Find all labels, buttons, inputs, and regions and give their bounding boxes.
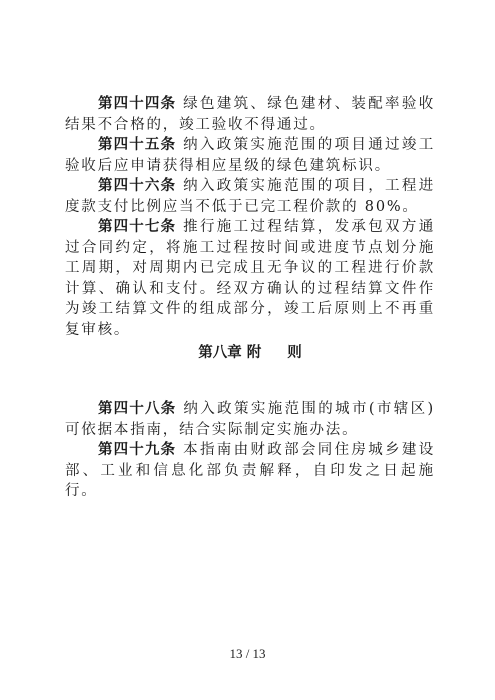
article-47: 第四十七条 推行施工过程结算，发承包双方通过合同约定，将施工过程按时间或进度节点… [65, 217, 435, 340]
document-body: 第四十四条 绿色建筑、绿色建材、装配率验收结果不合格的，竣工验收不得通过。 第四… [65, 94, 435, 502]
page-number: 13 / 13 [0, 646, 495, 662]
article-label: 第四十四条 [98, 96, 176, 112]
chapter-title-part1: 附 [247, 345, 262, 361]
article-44: 第四十四条 绿色建筑、绿色建材、装配率验收结果不合格的，竣工验收不得通过。 [65, 94, 435, 135]
chapter-title-part2: 则 [287, 345, 302, 361]
article-label: 第四十六条 [98, 178, 176, 194]
chapter-heading: 第八章 附则 [65, 343, 435, 363]
article-label: 第四十八条 [98, 401, 176, 417]
article-45: 第四十五条 纳入政策实施范围的项目通过竣工验收后应申请获得相应星级的绿色建筑标识… [65, 135, 435, 176]
article-48: 第四十八条 纳入政策实施范围的城市(市辖区)可依据本指南，结合实际制定实施办法。 [65, 399, 435, 440]
document-page: 第四十四条 绿色建筑、绿色建材、装配率验收结果不合格的，竣工验收不得通过。 第四… [0, 0, 495, 700]
article-label: 第四十五条 [98, 137, 176, 153]
article-46: 第四十六条 纳入政策实施范围的项目，工程进度款支付比例应当不低于已完工程价款的 … [65, 176, 435, 217]
article-text: 推行施工过程结算，发承包双方通过合同约定，将施工过程按时间或进度节点划分施工周期… [65, 219, 435, 338]
article-label: 第四十九条 [98, 442, 176, 458]
article-49: 第四十九条 本指南由财政部会同住房城乡建设部、工业和信息化部负责解释，自印发之日… [65, 440, 435, 502]
chapter-number: 第八章 [198, 345, 242, 361]
article-label: 第四十七条 [98, 219, 176, 235]
